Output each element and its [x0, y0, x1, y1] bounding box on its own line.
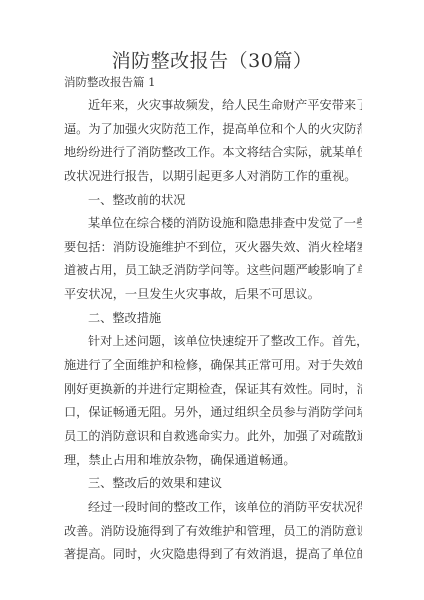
paragraph-line: 地纷纷进行了消防整改工作。本文将结合实际，就某单位的消防整 — [64, 141, 362, 165]
paragraph-line: 口，保证畅通无阻。另外，通过组织全员参与消防学问培训，提高 — [64, 401, 362, 425]
paragraph-line: 改善。消防设施得到了有效维护和管理，员工的消防意识也有了显 — [64, 520, 362, 544]
paragraph-line: 改状况进行报告，以期引起更多人对消防工作的重视。 — [64, 165, 362, 189]
section-heading: 二、整改措施 — [64, 307, 362, 331]
document-title: 消防整改报告（30篇） — [0, 48, 424, 74]
paragraph-line: 平安状况，一旦发生火灾事故，后果不可思议。 — [64, 283, 362, 307]
section-subtitle: 消防整改报告篇 1 — [64, 74, 155, 90]
paragraph-line: 刚好更换新的并进行定期检查，保证其有效性。同时，清理消火栓 — [64, 378, 362, 402]
paragraph-line: 要包括：消防设施维护不到位，灭火器失效、消火栓堵塞，疏散通 — [64, 236, 362, 260]
paragraph-line: 著提高。同时，火灾隐患得到了有效消退，提高了单位的整体平安 — [64, 543, 362, 567]
paragraph-line: 逼。为了加强火灾防范工作，提高单位和个人的火灾防范意识，各 — [64, 118, 362, 142]
paragraph-line: 理，禁止占用和堆放杂物，确保通道畅通。 — [64, 449, 362, 473]
paragraph-line: 员工的消防意识和自救逃命实力。此外，加强了对疏散通道的管 — [64, 425, 362, 449]
paragraph-line: 道被占用，员工缺乏消防学问等。这些问题严峻影响了单位的消防 — [64, 259, 362, 283]
paragraph-line: 针对上述问题，该单位快速绽开了整改工作。首先，对消防设 — [64, 330, 362, 354]
section-heading: 三、整改后的效果和建议 — [64, 472, 362, 496]
document-body: 近年来，火灾事故频发，给人民生命财产平安带来了极大的威逼。为了加强火灾防范工作，… — [64, 94, 362, 567]
paragraph-line: 近年来，火灾事故频发，给人民生命财产平安带来了极大的威 — [64, 94, 362, 118]
section-heading: 一、整改前的状况 — [64, 189, 362, 213]
paragraph-line: 某单位在综合楼的消防设施和隐患排查中发觉了一些问题，主 — [64, 212, 362, 236]
document-page: 消防整改报告（30篇） 消防整改报告篇 1 近年来，火灾事故频发，给人民生命财产… — [0, 0, 424, 600]
paragraph-line: 经过一段时间的整改工作，该单位的消防平安状况得到了明显 — [64, 496, 362, 520]
paragraph-line: 施进行了全面维护和检修，确保其正常可用。对于失效的灭火器， — [64, 354, 362, 378]
